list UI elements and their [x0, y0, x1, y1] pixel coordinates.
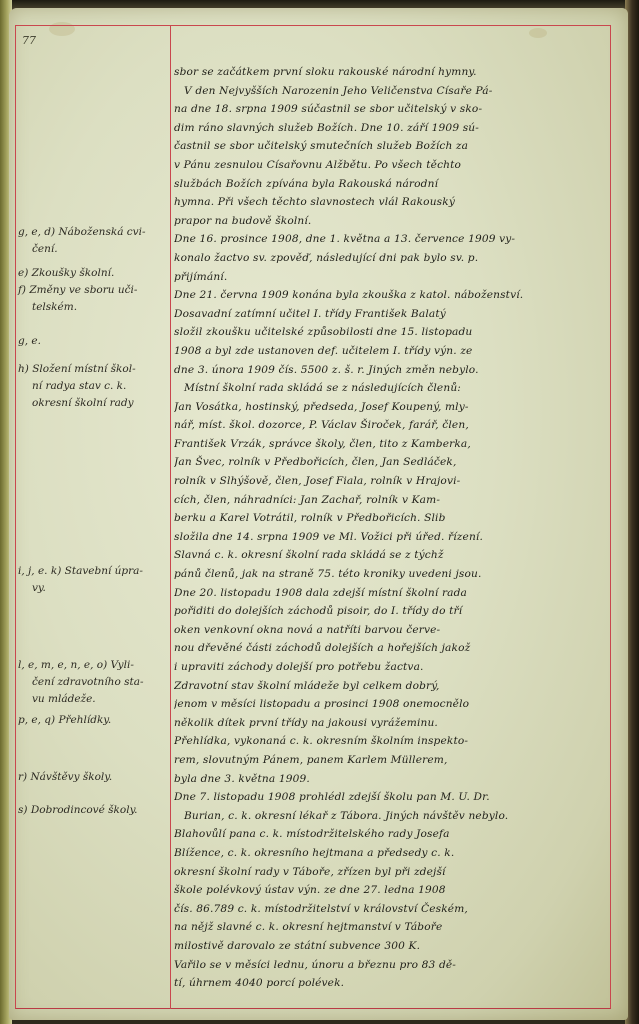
handwritten-line: Jan Vosátka, hostinský, předseda, Josef …	[174, 398, 604, 417]
margin-notes-column: g, e, d) Náboženská cvi-čení.e) Zkoušky …	[18, 0, 168, 1024]
margin-note-line: f) Změny ve sboru uči-	[18, 282, 168, 299]
margin-note-line: r) Návštěvy školy.	[18, 769, 168, 786]
handwritten-line: v Pánu zesnulou Císařovnu Alžbětu. Po vš…	[174, 156, 604, 175]
handwritten-line: Slavná c. k. okresní školní rada skládá …	[174, 546, 604, 565]
handwritten-line: František Vrzák, správce školy, člen, ti…	[174, 435, 604, 454]
margin-note: l, e, m, e, n, e, o) Vyli-čení zdravotní…	[18, 657, 168, 708]
handwritten-line: Dne 16. prosince 1908, dne 1. května a 1…	[174, 230, 604, 249]
margin-note-line: telském.	[18, 299, 168, 316]
margin-note-line: p, e, q) Přehlídky.	[18, 712, 168, 729]
handwritten-line: jenom v měsíci listopadu a prosinci 1908…	[174, 695, 604, 714]
handwritten-line: Zdravotní stav školní mládeže byl celkem…	[174, 677, 604, 696]
handwritten-line: Blahovůlí pana c. k. místodržitelského r…	[174, 825, 604, 844]
handwritten-line: nou dřevěné části záchodů dolejších a ho…	[174, 639, 604, 658]
handwritten-line: Místní školní rada skládá se z následují…	[174, 379, 604, 398]
handwritten-line: rem, slovutným Pánem, panem Karlem Mülle…	[174, 751, 604, 770]
handwritten-line: berku a Karel Votrátil, rolník v Předboř…	[174, 509, 604, 528]
margin-note-line: l, e, m, e, n, e, o) Vyli-	[18, 657, 168, 674]
margin-note-line: s) Dobrodincové školy.	[18, 802, 168, 819]
margin-note-line: g, e, d) Náboženská cvi-	[18, 224, 168, 241]
handwritten-line: byla dne 3. května 1909.	[174, 770, 604, 789]
handwritten-line: pánů členů, jak na straně 75. této kroni…	[174, 565, 604, 584]
margin-note-line: okresní školní rady	[18, 395, 168, 412]
handwritten-line: na dne 18. srpna 1909 súčastnil se sbor …	[174, 100, 604, 119]
handwritten-line: hymna. Při všech těchto slavnostech vlál…	[174, 193, 604, 212]
handwritten-line: konalo žactvo sv. zpověď, následující dn…	[174, 249, 604, 268]
handwritten-line: nář, míst. škol. dozorce, P. Václav Širo…	[174, 416, 604, 435]
margin-note-line: g, e.	[18, 333, 168, 350]
handwritten-line: oken venkovní okna nová a natříti barvou…	[174, 621, 604, 640]
handwritten-line: tí, úhrnem 4040 porcí polévek.	[174, 974, 604, 993]
handwritten-line: několik dítek první třídy na jakousi vyr…	[174, 714, 604, 733]
margin-note-line: ní radyа stav c. k.	[18, 378, 168, 395]
margin-note-line: h) Složení místní škol-	[18, 361, 168, 378]
handwritten-line: milostivě darovalo ze státní subvence 30…	[174, 937, 604, 956]
handwritten-line: okresní školní rady v Táboře, zřízen byl…	[174, 863, 604, 882]
margin-note: r) Návštěvy školy.	[18, 769, 168, 786]
margin-note-line: čení zdravotního sta-	[18, 674, 168, 691]
margin-note-line: vu mládeže.	[18, 691, 168, 708]
handwritten-line: složila dne 14. srpna 1909 ve Ml. Vožici…	[174, 528, 604, 547]
handwritten-line: Burian, c. k. okresní lékař z Tábora. Ji…	[174, 807, 604, 826]
margin-note: h) Složení místní škol-ní radyа stav c. …	[18, 361, 168, 412]
handwritten-line: 1908 a byl zde ustanoven def. učitelem I…	[174, 342, 604, 361]
handwritten-line: přijímání.	[174, 268, 604, 287]
margin-note: i, j, e. k) Stavební úpra-vy.	[18, 563, 168, 597]
handwritten-line: dim ráno slavných služeb Božích. Dne 10.…	[174, 119, 604, 138]
handwritten-line: Dne 21. června 1909 konána byla zkouška …	[174, 286, 604, 305]
margin-note-line: e) Zkoušky školní.	[18, 265, 168, 282]
margin-note: e) Zkoušky školní.	[18, 265, 168, 282]
margin-note-line: čení.	[18, 241, 168, 258]
handwritten-line: dne 3. února 1909 čís. 5500 z. š. r. Jin…	[174, 361, 604, 380]
margin-note: s) Dobrodincové školy.	[18, 802, 168, 819]
handwritten-line: prapor na budově školní.	[174, 212, 604, 231]
handwritten-line: Přehlídka, vykonaná c. k. okresním školn…	[174, 732, 604, 751]
margin-note: g, e, d) Náboženská cvi-čení.	[18, 224, 168, 258]
handwritten-line: Dne 20. listopadu 1908 dala zdejší místn…	[174, 584, 604, 603]
handwritten-line: častnil se sbor učitelský smutečních slu…	[174, 137, 604, 156]
margin-note: f) Změny ve sboru uči-telském.	[18, 282, 168, 316]
handwritten-line: Dosavadní zatímní učitel I. třídy Franti…	[174, 305, 604, 324]
chronicle-body-text: sbor se začátkem první sloku rakouské ná…	[174, 63, 604, 993]
handwritten-line: složil zkoušku učitelské způsobilosti dn…	[174, 323, 604, 342]
handwritten-line: pořiditi do dolejších záchodů pisoir, do…	[174, 602, 604, 621]
handwritten-line: škole polévkový ústav výn. ze dne 27. le…	[174, 881, 604, 900]
handwritten-line: rolník v Slhýšově, člen, Josef Fiala, ro…	[174, 472, 604, 491]
handwritten-line: V den Nejvyšších Narozenin Jeho Veličens…	[174, 82, 604, 101]
margin-note: p, e, q) Přehlídky.	[18, 712, 168, 729]
margin-column-rule	[170, 25, 171, 1009]
handwritten-line: na nějž slavné c. k. okresní hejtmanství…	[174, 918, 604, 937]
handwritten-line: Dne 7. listopadu 1908 prohlédl zdejší šk…	[174, 788, 604, 807]
handwritten-line: Vařilo se v měsíci lednu, únoru a březnu…	[174, 956, 604, 975]
handwritten-line: i upraviti záchody dolejší pro potřebu ž…	[174, 658, 604, 677]
margin-note-line: i, j, e. k) Stavební úpra-	[18, 563, 168, 580]
handwritten-line: sbor se začátkem první sloku rakouské ná…	[174, 63, 604, 82]
handwritten-line: službách Božích zpívána byla Rakouská ná…	[174, 175, 604, 194]
margin-note: g, e.	[18, 333, 168, 350]
handwritten-line: čís. 86.789 c. k. místodržitelství v krá…	[174, 900, 604, 919]
handwritten-line: Jan Švec, rolník v Předbořicích, člen, J…	[174, 453, 604, 472]
handwritten-line: Blížence, c. k. okresního hejtmana a pře…	[174, 844, 604, 863]
margin-note-line: vy.	[18, 580, 168, 597]
handwritten-line: cích, člen, náhradníci: Jan Zachař, roln…	[174, 491, 604, 510]
